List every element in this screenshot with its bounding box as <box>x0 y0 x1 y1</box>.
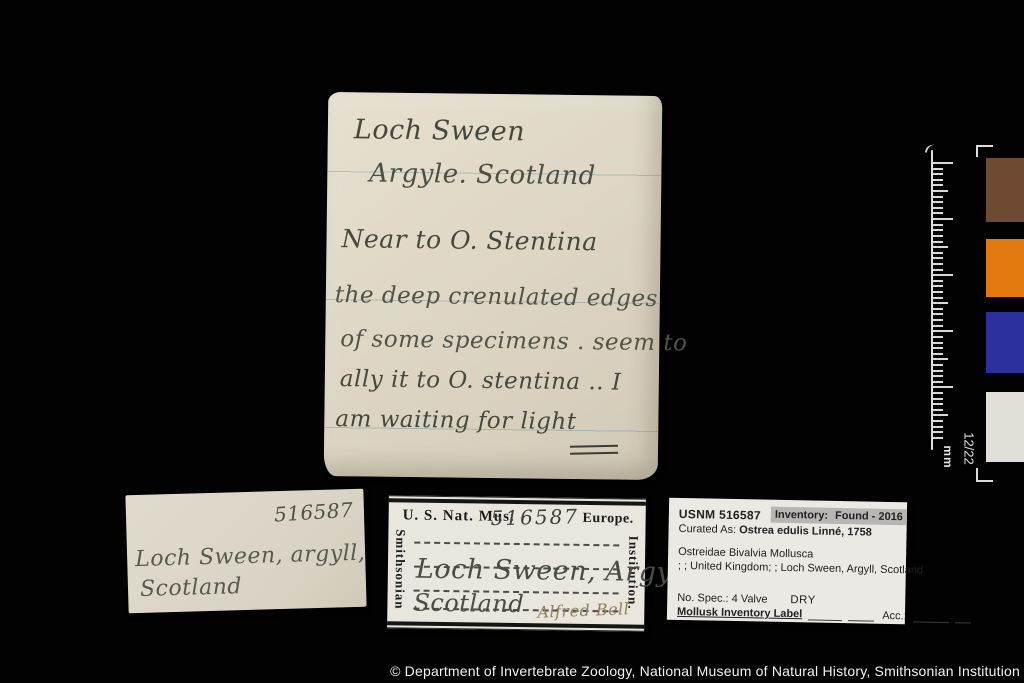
inventory-row-locality: ; ; United Kingdom; ; Loch Sween, Argyll… <box>678 560 900 576</box>
ruler-tick <box>933 403 943 405</box>
ruler-tick <box>933 263 943 265</box>
ruler-tick <box>933 420 943 422</box>
usnm-locality-line-1: Loch Sween, Argyll <box>416 554 691 589</box>
ruler-tick <box>933 381 943 383</box>
acc-label: Acc.: <box>882 610 907 622</box>
slip-locality-line-2: Scotland <box>140 574 243 602</box>
ruler-tick <box>933 196 943 198</box>
blank-line-segment <box>955 612 971 623</box>
blank-line-segment <box>808 609 842 621</box>
swatch-orange <box>986 239 1024 297</box>
preservation-value: DRY <box>790 594 816 606</box>
ruler-tick <box>933 184 943 186</box>
inventory-usnm-number: USNM 516587 <box>679 507 761 523</box>
ruler-tick <box>933 342 943 344</box>
ruler-tick <box>933 235 943 237</box>
inventory-row-footer: Mollusk Inventory LabelAcc.: <box>677 606 899 622</box>
inventory-row-curated: Curated As: Ostrea edulis Linné, 1758 <box>678 523 900 539</box>
slip-locality-line-1: Loch Sween, argyll, <box>135 541 366 572</box>
ruler-tick <box>933 364 943 366</box>
usnm-catalog-number: 516587 <box>490 504 579 530</box>
note-line-region: Argyle. Scotland <box>369 158 596 191</box>
ruler-tick <box>933 269 943 271</box>
curated-as-label: Curated As: <box>678 523 736 536</box>
ruler-tick <box>933 392 943 394</box>
ruler-tick <box>933 252 943 254</box>
inventory-value: Found - 2016 <box>835 510 903 523</box>
usnm-signature: Alfred Bell <box>537 599 630 622</box>
ruler-tick <box>933 297 943 299</box>
ruler-tick <box>933 353 943 355</box>
ruler-tick <box>933 201 943 203</box>
usnm-side-text-smithsonian: Smithsonian <box>391 521 408 617</box>
ruler-tick <box>933 241 943 243</box>
ruler-tick <box>933 325 943 327</box>
ruler-tick <box>933 285 943 287</box>
ruler-tick <box>933 414 948 416</box>
ruler-tick <box>933 302 948 304</box>
swatch-blue <box>986 312 1024 373</box>
ruler-tick <box>933 291 943 293</box>
blank-line-segment <box>848 610 874 621</box>
note-line-remark-3: ally it to O. stentina .. I <box>340 366 622 395</box>
ruler-tick <box>933 274 953 276</box>
ruler-tick <box>933 313 943 315</box>
slip-catalog-number: 516587 <box>273 498 354 527</box>
note-line-locality: Loch Sween <box>354 114 526 147</box>
dotted-rule <box>414 542 619 547</box>
inventory-key: Inventory: <box>775 509 828 522</box>
ruler-tick <box>933 347 943 349</box>
ruler-tick <box>933 224 943 226</box>
ruler-tick <box>933 431 943 433</box>
inventory-row-header: USNM 516587 Inventory: Found - 2016 <box>679 507 901 525</box>
swatch-white <box>986 392 1024 462</box>
ruler-tick <box>933 212 943 214</box>
note-line-remark-1: the deep crenulated edges <box>335 282 658 312</box>
usnm-locality-line-2: Scotland <box>413 589 524 619</box>
ruler-tick <box>933 280 943 282</box>
handwritten-field-note: Loch Sween Argyle. Scotland Near to O. S… <box>324 92 663 480</box>
crop-mark-bottom <box>976 468 993 482</box>
ruler-tick <box>933 308 943 310</box>
ruler-tick <box>933 358 948 360</box>
ruler-tick <box>933 257 943 259</box>
ruler-tick <box>933 218 953 220</box>
ruler-tick <box>933 173 943 175</box>
ruler-tick <box>933 319 943 321</box>
mollusk-inventory-label: USNM 516587 Inventory: Found - 2016 Cura… <box>667 498 907 625</box>
usnm-museum-label: U. S. Nat. Mus. 516587 Europe. Smithsoni… <box>387 495 646 632</box>
swatch-brown <box>986 158 1024 222</box>
inventory-footer-title: Mollusk Inventory Label <box>677 606 803 620</box>
ruler-tick <box>933 229 943 231</box>
ruler-tick <box>933 336 943 338</box>
ruler-tick <box>933 207 943 209</box>
ruler-tick <box>933 409 943 411</box>
crop-mark-top <box>976 145 993 157</box>
copyright-credit: © Department of Invertebrate Zoology, Na… <box>390 663 1020 679</box>
ruler-tick <box>933 370 943 372</box>
curated-as-value: Ostrea edulis Linné, 1758 <box>739 524 872 539</box>
ruler-tick <box>933 426 943 428</box>
blank-line-segment <box>913 611 949 623</box>
inventory-status-highlight: Inventory: Found - 2016 <box>771 507 907 526</box>
ruler-unit-label: mm <box>941 445 955 469</box>
ruler-tick <box>933 398 943 400</box>
note-line-remark-4: am waiting for light <box>335 406 577 435</box>
note-line-identification: Near to O. Stentina <box>341 224 597 256</box>
ruler-tick <box>933 190 948 192</box>
no-spec-value: 4 Valve <box>732 593 768 606</box>
ruler-tick <box>933 386 953 388</box>
frame-number-label: 12/22 <box>962 431 977 467</box>
ruler-tick <box>933 179 943 181</box>
ruler-tick <box>933 246 948 248</box>
ruler-tick <box>933 437 943 439</box>
locality-slip: 516587 Loch Sween, argyll, Scotland <box>125 489 366 614</box>
note-line-remark-2: of some specimens . seem to <box>340 326 687 356</box>
ruler-tick <box>933 375 943 377</box>
ruler-tick <box>933 162 953 164</box>
no-spec-label: No. Spec.: <box>677 592 729 605</box>
ruler-tick <box>933 168 943 170</box>
double-underline-mark <box>570 445 618 455</box>
ruler-tick <box>933 330 953 332</box>
